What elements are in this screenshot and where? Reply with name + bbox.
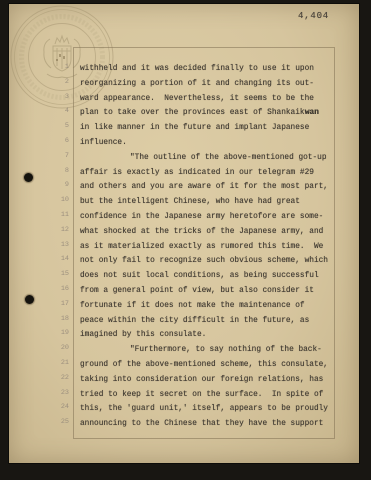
line-number: 4 <box>9 104 69 119</box>
line-number: 25 <box>9 415 69 430</box>
line-number: 9 <box>9 178 69 193</box>
typed-line: but the intelligent Chinese, who have ha… <box>80 195 300 210</box>
hole-punch-top <box>24 173 33 182</box>
line-number: 8 <box>9 164 69 179</box>
line-number: 18 <box>9 312 69 327</box>
line-number: 12 <box>9 223 69 238</box>
line-number: 1 <box>9 60 69 75</box>
page-number: 4,404 <box>298 11 329 21</box>
typed-line: as it materialized exactly as rumored th… <box>80 240 323 255</box>
typed-line: peace within the city difficult in the f… <box>80 314 309 329</box>
line-number: 19 <box>9 326 69 341</box>
line-number: 23 <box>9 386 69 401</box>
line-number: 17 <box>9 297 69 312</box>
line-number: 21 <box>9 356 69 371</box>
typed-line: ground of the above-mentioned scheme, th… <box>80 358 328 373</box>
line-number: 5 <box>9 119 69 134</box>
typed-line: in like manner in the future and implant… <box>80 121 309 136</box>
paper-page: 4,404 1withheld and it was decided final… <box>9 4 359 463</box>
line-number: 15 <box>9 267 69 282</box>
line-number: 22 <box>9 371 69 386</box>
typed-line: does not suit local conditions, as being… <box>80 269 319 284</box>
line-number: 10 <box>9 193 69 208</box>
line-row: 25announcing to the Chinese that they ha… <box>9 417 345 432</box>
typed-line: "The outline of the above-mentioned got-… <box>80 151 327 166</box>
typed-line: influence. <box>80 136 127 151</box>
line-number: 6 <box>9 134 69 149</box>
typed-line: this, the 'guard unit,' itself, appears … <box>80 402 328 417</box>
line-number: 3 <box>9 90 69 105</box>
typed-line: taking into consideration our foreign re… <box>80 373 323 388</box>
typed-line: and others and you are aware of it for t… <box>80 180 328 195</box>
typed-line: affair is exactly as indicated in our te… <box>80 166 314 181</box>
typed-line: what shocked at the tricks of the Japane… <box>80 225 323 240</box>
typed-line: withheld and it was decided finally to u… <box>80 62 314 77</box>
typed-line: "Furthermore, to say nothing of the back… <box>80 343 322 358</box>
line-number: 11 <box>9 208 69 223</box>
line-number: 20 <box>9 341 69 356</box>
line-number: 24 <box>9 400 69 415</box>
scanned-document: 4,404 1withheld and it was decided final… <box>0 0 371 480</box>
typed-line: fortunate if it does not make the mainte… <box>80 299 305 314</box>
line-number: 16 <box>9 282 69 297</box>
typed-line: from a general point of view, but also c… <box>80 284 314 299</box>
hole-punch-bottom <box>25 295 34 304</box>
typed-line: confidence in the Japanese army heretofo… <box>80 210 323 225</box>
typed-line: imagined by this consulate. <box>80 328 206 343</box>
typed-line: ward appearance. Nevertheless, it seems … <box>80 92 314 107</box>
line-number: 2 <box>9 75 69 90</box>
lines: 1withheld and it was decided finally to … <box>9 62 345 432</box>
line-number: 13 <box>9 238 69 253</box>
typed-line: plan to take over the provinces east of … <box>80 106 319 121</box>
typed-line: tried to keep it secret on the surface. … <box>80 388 323 403</box>
typed-line: reorganizing a portion of it and changin… <box>80 77 314 92</box>
line-number: 14 <box>9 252 69 267</box>
line-number: 7 <box>9 149 69 164</box>
typed-line: not only fail to recognize such obvious … <box>80 254 328 269</box>
typed-line: announcing to the Chinese that they have… <box>80 417 323 432</box>
